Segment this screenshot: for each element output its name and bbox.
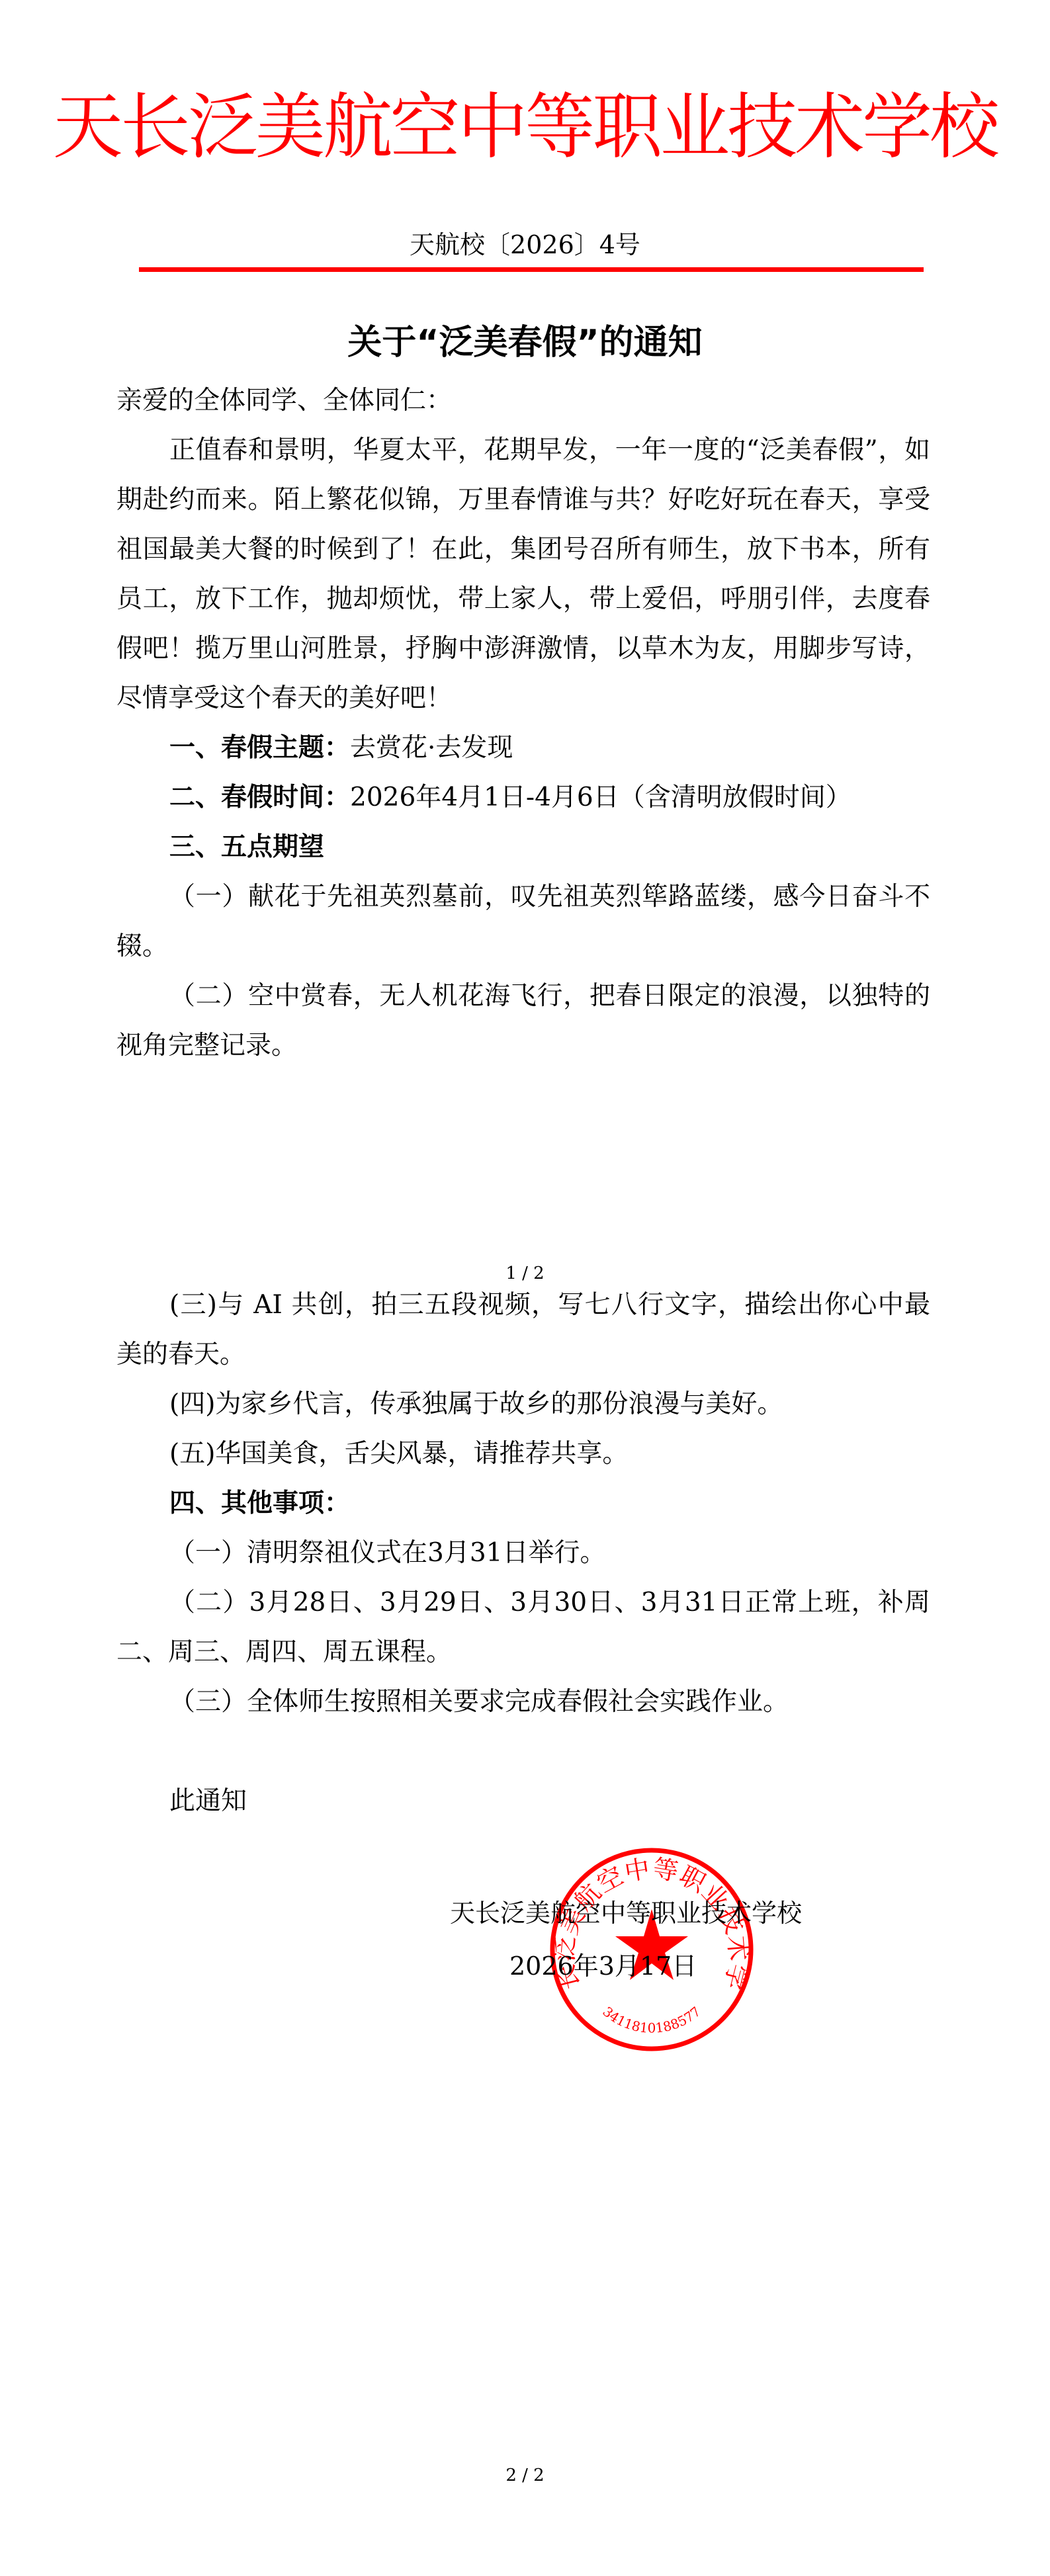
expectation-item: （一）献花于先祖英烈墓前，叹先祖英烈筚路蓝缕，感今日奋斗不辍。 — [116, 872, 930, 971]
other-item: （三）全体师生按照相关要求完成春假社会实践作业。 — [116, 1677, 930, 1727]
signature-org: 天长泛美航空中等职业技术学校 — [450, 1893, 802, 1933]
notice-body-page2: (三)与 AI 共创，拍三五段视频，写七八行文字，描绘出你心中最美的春天。 (四… — [116, 1280, 930, 1826]
section-text: 2026年4月1日-4月6日（含清明放假时间） — [350, 783, 852, 812]
seal-code: 3411810188577 — [599, 2003, 703, 2036]
svg-text:3411810188577: 3411810188577 — [599, 2003, 703, 2036]
notice-body-page1: 亲爱的全体同学、全体同仁： 正值春和景明，华夏太平，花期早发，一年一度的“泛美春… — [116, 376, 930, 1070]
signature-date: 2026年3月17日 — [509, 1946, 697, 1986]
school-name-header: 天长泛美航空中等职业技术学校 — [11, 78, 1039, 177]
section-expectations: 三、五点期望 — [116, 822, 930, 872]
red-divider-rule — [139, 267, 924, 272]
intro-paragraph: 正值春和景明，华夏太平，花期早发，一年一度的“泛美春假”，如期赴约而来。陌上繁花… — [116, 425, 930, 723]
section-theme: 一、春假主题：去赏花·去发现 — [116, 723, 930, 773]
other-item: （二）3月28日、3月29日、3月30日、3月31日正常上班，补周二、周三、周四… — [116, 1578, 930, 1677]
notice-title: 关于“泛美春假”的通知 — [0, 316, 1050, 369]
document-number: 天航校〔2026〕4号 — [0, 225, 1050, 265]
section-heading: 三、五点期望 — [169, 832, 324, 862]
section-dates: 二、春假时间：2026年4月1日-4月6日（含清明放假时间） — [116, 773, 930, 822]
section-heading: 二、春假时间： — [169, 783, 350, 812]
section-heading: 一、春假主题： — [169, 733, 350, 763]
closing-line: 此通知 — [116, 1776, 930, 1826]
salutation: 亲爱的全体同学、全体同仁： — [116, 376, 930, 425]
expectation-item: （二）空中赏春，无人机花海飞行，把春日限定的浪漫，以独特的视角完整记录。 — [116, 971, 930, 1070]
other-item: （一）清明祭祖仪式在3月31日举行。 — [116, 1528, 930, 1578]
section-text: 去赏花·去发现 — [350, 733, 513, 763]
page-number-2: 2 / 2 — [0, 2462, 1050, 2489]
expectation-item: (五)华国美食，舌尖风暴，请推荐共享。 — [116, 1429, 930, 1479]
other-matters-heading: 四、其他事项： — [116, 1479, 930, 1528]
expectation-item: (四)为家乡代言，传承独属于故乡的那份浪漫与美好。 — [116, 1379, 930, 1429]
expectation-item: (三)与 AI 共创，拍三五段视频，写七八行文字，描绘出你心中最美的春天。 — [116, 1280, 930, 1379]
